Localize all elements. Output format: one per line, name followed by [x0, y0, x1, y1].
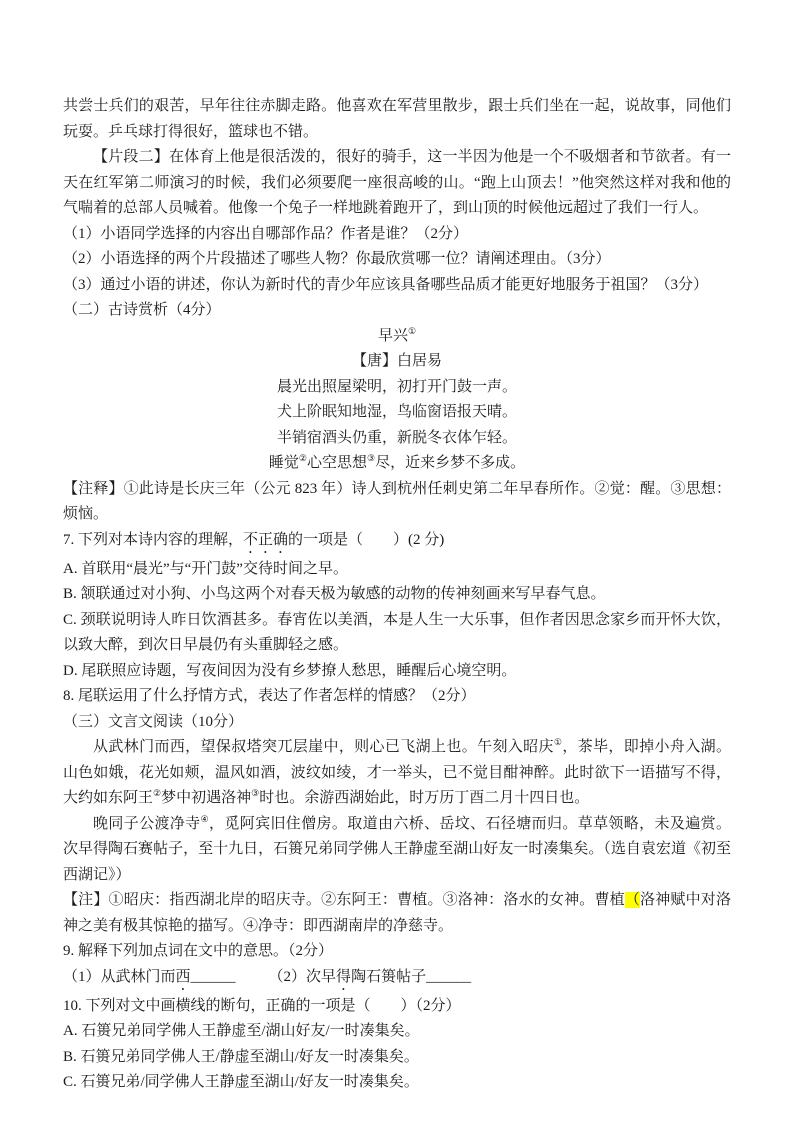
- classical-paragraph-1: 从武林门而西，望保叔塔突兀层崖中，则心已飞湖上也。午刻入昭庆①，茶毕，即掉小舟入…: [63, 735, 731, 812]
- question-8: 8. 尾联运用了什么抒情方式，表达了作者怎样的情感？（2分）: [63, 684, 731, 710]
- question-10: 10. 下列对文中画横线的断句，正确的一项是（ ）（2分）: [63, 994, 731, 1020]
- question-9-item-1-dotted-word: 西: [176, 969, 191, 985]
- note-3-marker: ③: [251, 788, 259, 798]
- question-7-text: 的一项是（ ）(2 分): [288, 532, 444, 548]
- question-7-option-a: A. 首联用“晨光”与“开门鼓”交待时间之早。: [63, 557, 731, 583]
- poem-title-text: 早兴: [378, 328, 408, 344]
- exam-page: 共尝士兵们的艰苦，早年往往赤脚走路。他喜欢在军营里散步，跟士兵们坐在一起，说故事…: [0, 0, 793, 1122]
- question-7-text: 7. 下列对本诗内容的理解，: [63, 532, 243, 548]
- question-2: （2）小语选择的两个片段描述了哪些人物？你最欣赏哪一位？请阐述理由。（3分）: [63, 247, 731, 273]
- classical-text: 梦中初遇洛神: [161, 790, 251, 806]
- poem-line-4-part: 睡觉: [269, 455, 299, 471]
- intro-paragraph: 共尝士兵们的艰苦，早年往往赤脚走路。他喜欢在军营里散步，跟士兵们坐在一起，说故事…: [63, 94, 731, 145]
- section-title-poetry: （二）古诗赏析（4分）: [63, 298, 731, 324]
- question-10-option-b: B. 石篑兄弟同学佛人王/静虚至湖山/好友一时凑集矣。: [63, 1045, 731, 1071]
- question-9-items: （1）从武林门而西______（2）次早得陶石篑帖子______: [63, 965, 731, 994]
- classical-text: 从武林门而西，望保叔塔突兀层崖中，则心已飞湖上也。午刻入昭庆: [93, 739, 554, 755]
- question-10-option-c: C. 石篑兄弟/同学佛人王静虚至湖山/好友一时凑集矣。: [63, 1070, 731, 1096]
- question-10-option-a: A. 石篑兄弟同学佛人王静虚至/湖山好友/一时凑集矣。: [63, 1019, 731, 1045]
- section-title-classical: （三）文言文阅读（10分）: [63, 710, 731, 736]
- question-9-item-text: （2）次早: [269, 969, 337, 985]
- classical-text: 时也。余游西湖始此，时万历丁酉二月十四日也。: [259, 790, 589, 806]
- question-7-emphasized: 不正确: [243, 532, 288, 548]
- question-9-item-text: 陶石篑帖子: [351, 969, 426, 985]
- question-9-item-1: （1）从武林门而西______: [63, 969, 236, 985]
- classical-notes-text: 【注】①昭庆：指西湖北岸的昭庆寺。②东阿王：曹植。③洛神：洛水的女神。曹植: [63, 892, 625, 908]
- question-7-option-b: B. 颔联通过对小狗、小鸟这两个对春天极为敏感的动物的传神刻画来写早春气息。: [63, 582, 731, 608]
- classical-notes: 【注】①昭庆：指西湖北岸的昭庆寺。②东阿王：曹植。③洛神：洛水的女神。曹植（洛神…: [63, 888, 731, 939]
- question-9-item-text: （1）从武林门而: [63, 969, 176, 985]
- question-9-item-2: （2）次早得陶石篑帖子______: [269, 969, 472, 985]
- poem-line-1: 晨光出照屋梁明，初打开门鼓一声。: [63, 375, 731, 401]
- poem-line-3: 半销宿酒头仍重，新脱冬衣体乍轻。: [63, 426, 731, 452]
- highlight-mark: （: [625, 892, 640, 908]
- question-7-option-c: C. 颈联说明诗人昨日饮酒甚多。春宵佐以美酒，本是人生一大乐事，但作者因思念家乡…: [63, 608, 731, 659]
- question-3: （3）通过小语的讲述，你认为新时代的青少年应该具备哪些品质才能更好地服务于祖国？…: [63, 273, 731, 299]
- question-9-item-2-dotted-word: 得: [336, 969, 351, 985]
- blank-line: ______: [191, 969, 236, 985]
- question-7: 7. 下列对本诗内容的理解，不正确的一项是（ ）(2 分): [63, 528, 731, 557]
- blank-line: ______: [426, 969, 471, 985]
- question-1: （1）小语同学选择的内容出自哪部作品？作者是谁？（2分）: [63, 222, 731, 248]
- poem-line-4: 睡觉②心空思想③尽，近来乡梦不多成。: [63, 451, 731, 477]
- question-7-option-d: D. 尾联照应诗题，写夜间因为没有乡梦撩人愁思，睡醒后心境空明。: [63, 659, 731, 685]
- poem-title: 早兴①: [63, 324, 731, 350]
- fragment2-paragraph: 【片段二】在体育上他是很活泼的，很好的骑手，这一半因为他是一个不吸烟者和节欲者。…: [63, 145, 731, 222]
- note-4-marker: ④: [201, 814, 209, 824]
- poem-title-note: ①: [408, 326, 416, 336]
- poem-note-2-marker: ②: [299, 453, 307, 463]
- poem-notes: 【注释】①此诗是长庆三年（公元 823 年）诗人到杭州任刺史第二年早春所作。②觉…: [63, 477, 731, 528]
- classical-paragraph-2: 晚同子公渡净寺④，觅阿宾旧住僧房。取道由六桥、岳坟、石径塘而归。草草领略，未及遍…: [63, 812, 731, 889]
- note-2-marker: ②: [153, 788, 161, 798]
- question-9: 9. 解释下列加点词在文中的意思。（2分）: [63, 939, 731, 965]
- poem-author: 【唐】白居易: [63, 349, 731, 375]
- poem-line-4-part: 心空思想: [307, 455, 367, 471]
- poem-line-4-part: 尽，近来乡梦不多成。: [375, 455, 525, 471]
- poem-note-3-marker: ③: [367, 453, 375, 463]
- classical-text: 晚同子公渡净寺: [93, 816, 201, 832]
- poem-line-2: 犬上阶眠知地湿，鸟临窗语报天晴。: [63, 400, 731, 426]
